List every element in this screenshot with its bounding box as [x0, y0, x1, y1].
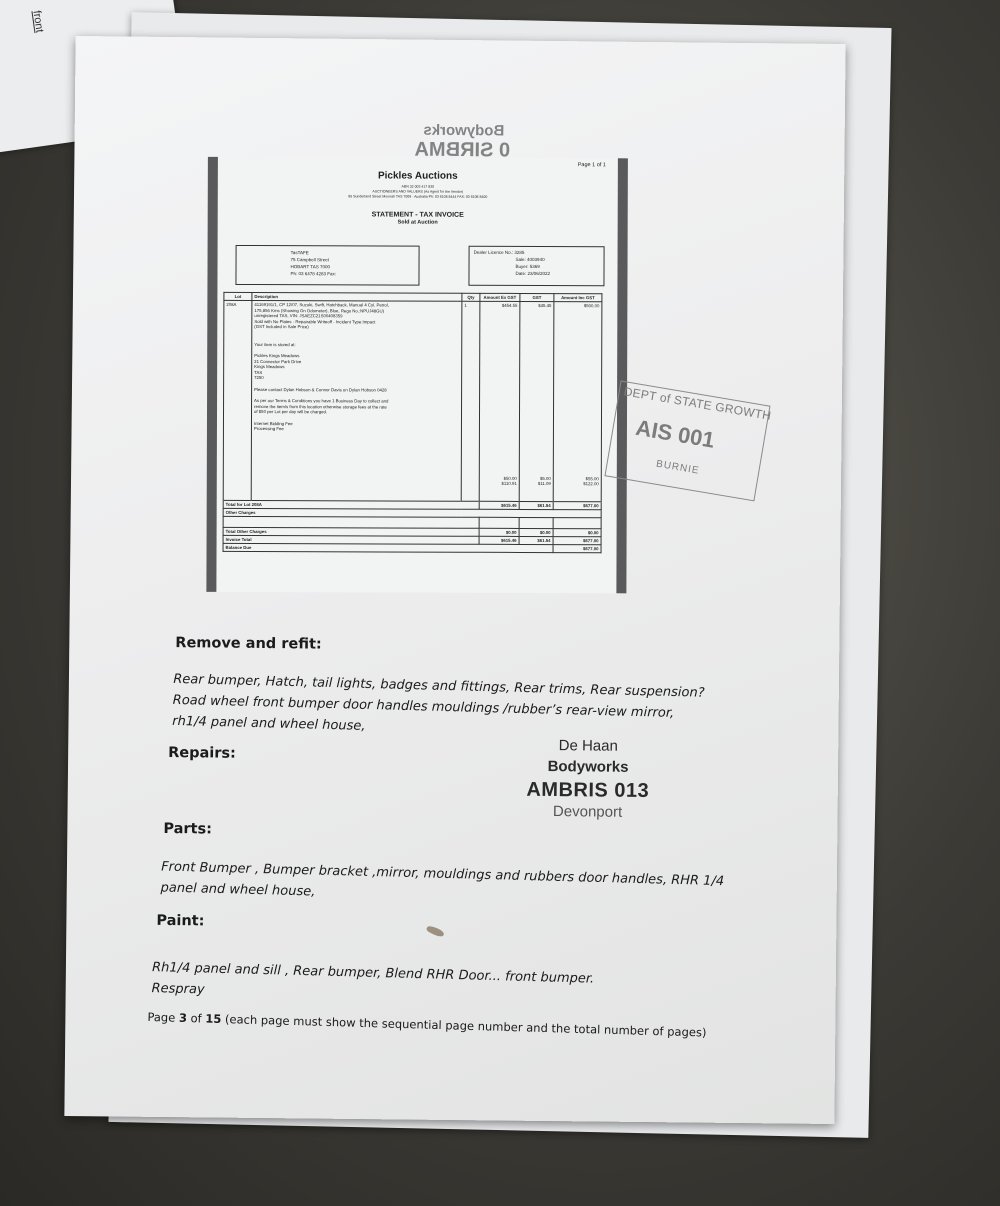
bodyworks-stamp-code: AMBRIS 013	[518, 777, 658, 804]
page-footer: Page 3 of 15 (each page must show the se…	[147, 1010, 706, 1040]
bodyworks-stamp: De Haan Bodyworks AMBRIS 013 Devonport	[517, 735, 658, 822]
footer-total-pages: 15	[205, 1012, 221, 1026]
document-page: Bodyworks 0 SIRBMA Page 1 of 1 Pickles A…	[64, 36, 845, 1124]
repairs-heading: Repairs:	[168, 745, 236, 762]
corner-sheet-text: front	[30, 10, 45, 33]
bodyworks-stamp-business: Bodyworks	[518, 756, 658, 778]
parts-heading: Parts:	[163, 821, 212, 838]
bodyworks-stamp-town: Devonport	[517, 803, 657, 822]
paint-heading: Paint:	[156, 913, 204, 930]
remove-refit-heading: Remove and refit:	[175, 635, 322, 653]
footer-note: (each page must show the sequential page…	[221, 1012, 706, 1040]
paint-text: Rh1/4 panel and sill , Rear bumper, Blen…	[151, 957, 632, 1012]
remove-refit-text: Rear bumper, Hatch, tail lights, badges …	[172, 669, 708, 746]
footer-prefix: Page	[147, 1010, 179, 1025]
bodyworks-stamp-name: De Haan	[518, 735, 658, 757]
smudge-mark	[426, 924, 445, 938]
footer-of: of	[187, 1011, 206, 1026]
parts-text: Front Bumper , Bumper bracket ,mirror, m…	[160, 856, 731, 913]
repair-form: Remove and refit: Rear bumper, Hatch, ta…	[64, 36, 845, 1124]
